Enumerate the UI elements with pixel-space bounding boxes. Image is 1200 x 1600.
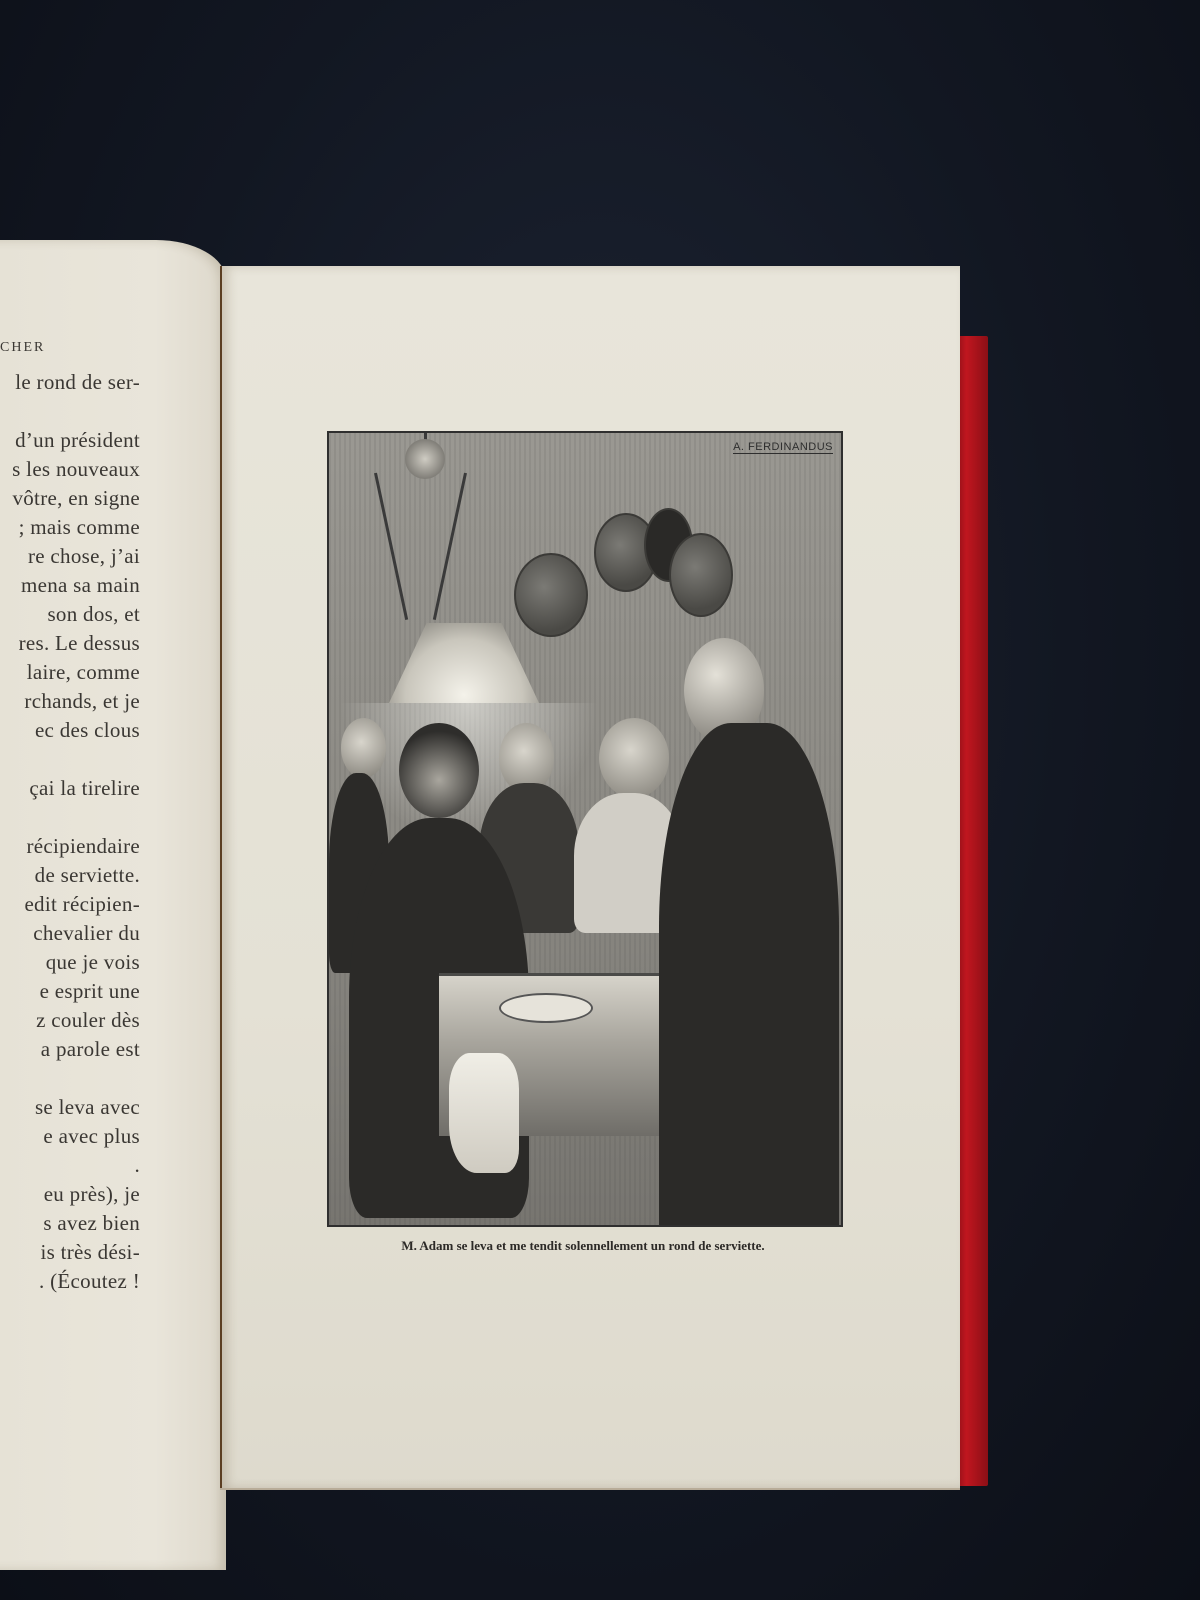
right-page: A. FERDINANDUS <box>220 266 960 1488</box>
bald-man-figure <box>659 723 839 1227</box>
text-line: is très dési- <box>0 1238 140 1267</box>
hanging-hat <box>669 533 733 617</box>
diner-head <box>599 718 669 798</box>
text-line: de serviette. <box>0 861 140 890</box>
text-line: . (Écoutez ! <box>0 1267 140 1296</box>
text-line <box>0 803 140 832</box>
lamp-shade <box>389 623 539 703</box>
text-line: . <box>0 1151 140 1180</box>
text-line: son dos, et <box>0 600 140 629</box>
left-page-text: CHER le rond de ser- d’un président s le… <box>0 340 140 1296</box>
text-line: le rond de ser- <box>0 368 140 397</box>
lamp-chain-right <box>433 473 467 620</box>
text-line: re chose, j’ai <box>0 542 140 571</box>
young-man-head <box>399 723 479 818</box>
left-page: CHER le rond de ser- d’un président s le… <box>0 240 226 1570</box>
text-line: z couler dès <box>0 1006 140 1035</box>
lamp-chain-left <box>374 473 408 620</box>
illustration-caption: M. Adam se leva et me tendit solennellem… <box>327 1238 839 1254</box>
diner-head <box>341 718 386 778</box>
running-head: CHER <box>0 340 140 356</box>
text-line: s avez bien <box>0 1209 140 1238</box>
text-line <box>0 745 140 774</box>
text-line: ; mais comme <box>0 513 140 542</box>
text-line: çai la tirelire <box>0 774 140 803</box>
text-line: laire, comme <box>0 658 140 687</box>
book-photo: CHER le rond de ser- d’un président s le… <box>0 0 1200 1600</box>
text-line: récipiendaire <box>0 832 140 861</box>
artist-signature: A. FERDINANDUS <box>733 441 833 454</box>
text-line: ec des clous <box>0 716 140 745</box>
text-line: eu près), je <box>0 1180 140 1209</box>
text-line <box>0 397 140 426</box>
text-line: res. Le dessus <box>0 629 140 658</box>
text-line: edit récipien- <box>0 890 140 919</box>
text-line: a parole est <box>0 1035 140 1064</box>
hanging-hat <box>514 553 588 637</box>
text-line: mena sa main <box>0 571 140 600</box>
text-line: vôtre, en signe <box>0 484 140 513</box>
text-line: se leva avec <box>0 1093 140 1122</box>
text-line <box>0 1064 140 1093</box>
lamp-fixture-ornament <box>405 439 445 479</box>
text-line: que je vois <box>0 948 140 977</box>
napkin <box>449 1053 519 1173</box>
plate <box>499 993 593 1023</box>
text-line: e avec plus <box>0 1122 140 1151</box>
text-line: chevalier du <box>0 919 140 948</box>
text-line: s les nouveaux <box>0 455 140 484</box>
text-line: e esprit une <box>0 977 140 1006</box>
text-line: d’un président <box>0 426 140 455</box>
text-line: rchands, et je <box>0 687 140 716</box>
engraving-illustration: A. FERDINANDUS <box>327 431 843 1227</box>
